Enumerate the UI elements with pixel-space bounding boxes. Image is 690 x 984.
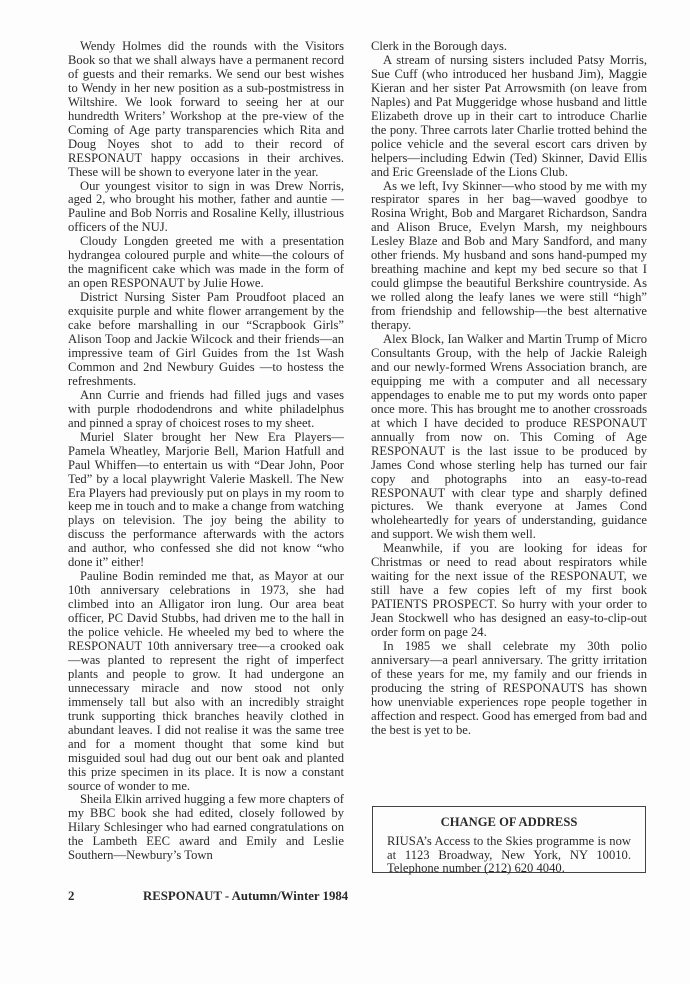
document-page: Wendy Holmes did the rounds with the Vis… <box>0 0 690 984</box>
paragraph: Alex Block, Ian Walker and Martin Trump … <box>371 333 647 542</box>
change-of-address-box: CHANGE OF ADDRESS RIUSA’s Access to the … <box>372 806 646 873</box>
left-column: Wendy Holmes did the rounds with the Vis… <box>68 40 344 863</box>
paragraph: Sheila Elkin arrived hugging a few more … <box>68 793 344 863</box>
paragraph: Wendy Holmes did the rounds with the Vis… <box>68 40 344 180</box>
paragraph: District Nursing Sister Pam Proudfoot pl… <box>68 291 344 389</box>
paragraph: Ann Currie and friends had filled jugs a… <box>68 389 344 431</box>
paragraph: As we left, Ivy Skinner—who stood by me … <box>371 180 647 333</box>
paragraph: Cloudy Longden greeted me with a present… <box>68 235 344 291</box>
paragraph: Meanwhile, if you are looking for ideas … <box>371 542 647 640</box>
page-number: 2 <box>68 889 74 904</box>
right-column: Clerk in the Borough days. A stream of n… <box>371 40 647 738</box>
publication-title: RESPONAUT - Autumn/Winter 1984 <box>143 889 348 904</box>
box-body: RIUSA’s Access to the Skies programme is… <box>387 835 631 876</box>
paragraph-continuation: Clerk in the Borough days. <box>371 40 647 54</box>
paragraph: Muriel Slater brought her New Era Player… <box>68 431 344 571</box>
paragraph: A stream of nursing sisters included Pat… <box>371 54 647 180</box>
paragraph: Pauline Bodin reminded me that, as Mayor… <box>68 570 344 793</box>
box-title: CHANGE OF ADDRESS <box>387 815 631 829</box>
paragraph: Our youngest visitor to sign in was Drew… <box>68 180 344 236</box>
paragraph: In 1985 we shall celebrate my 30th polio… <box>371 640 647 738</box>
